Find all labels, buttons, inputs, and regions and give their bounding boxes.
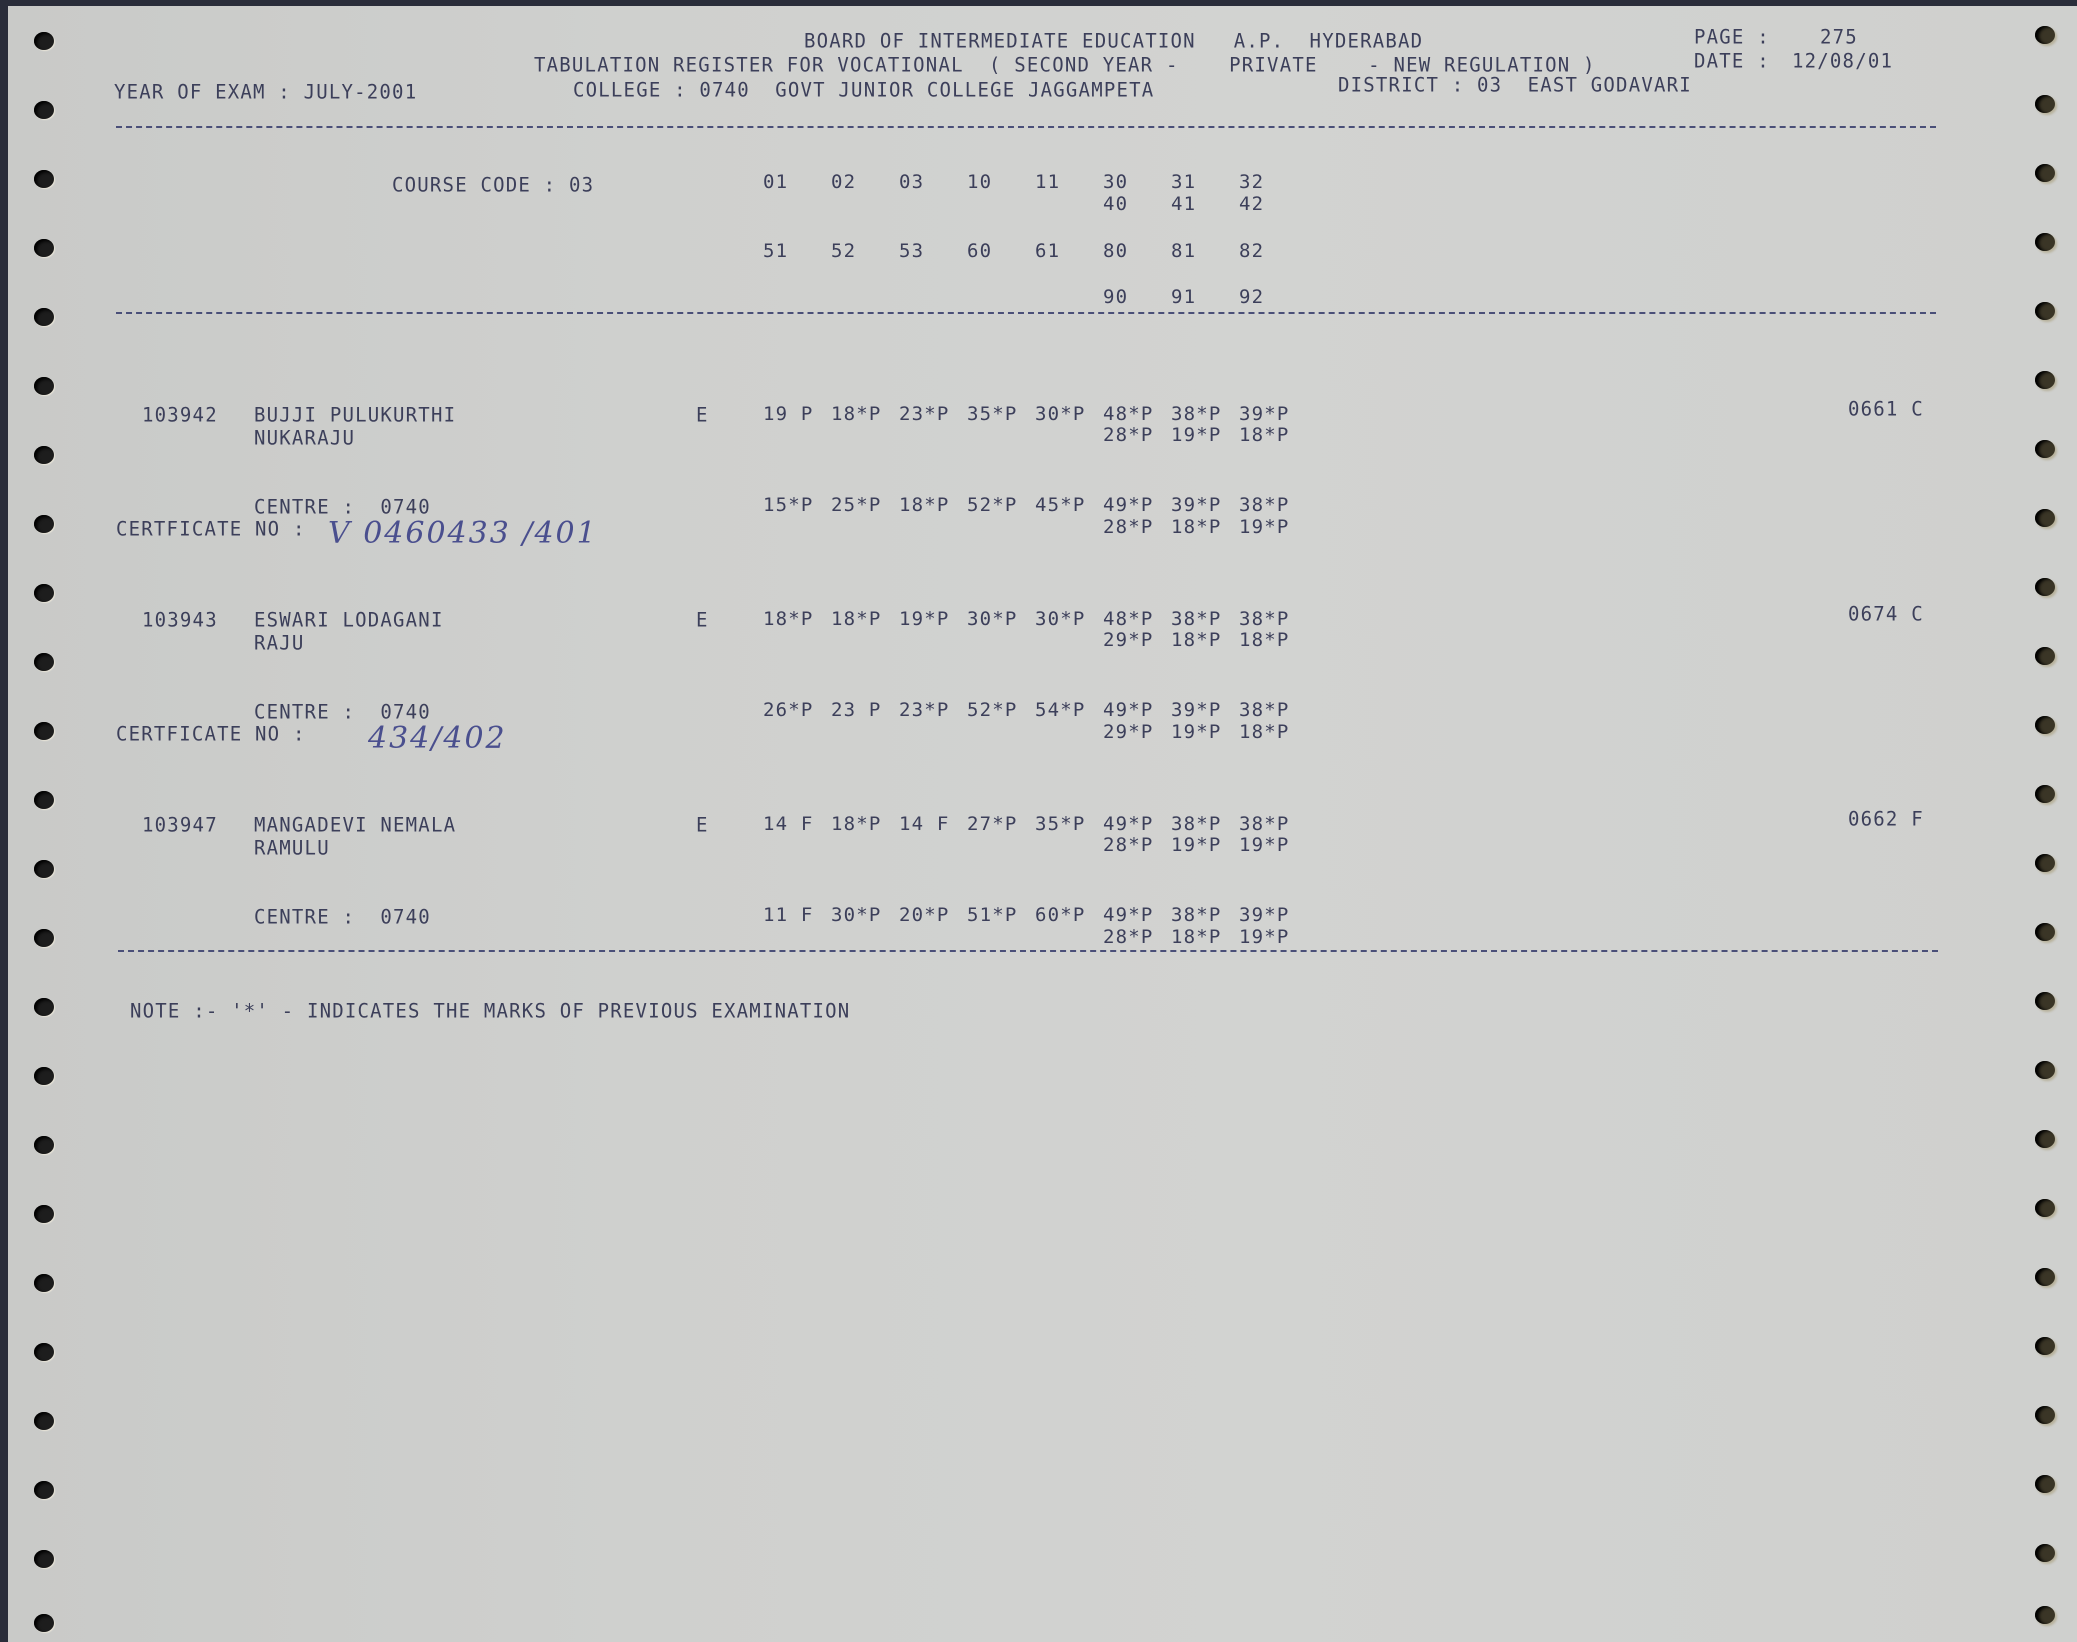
feed-hole-icon (2035, 1544, 2055, 1562)
feed-hole-icon (34, 170, 54, 188)
marks-row-1b: 29*P18*P18*P (1103, 629, 1307, 651)
mark: 48*P (1103, 608, 1171, 630)
mark: 29*P (1103, 721, 1171, 743)
mark: 51*P (967, 904, 1035, 926)
mark: 45*P (1035, 494, 1103, 516)
subject-code: 32 (1239, 171, 1307, 193)
feed-hole-icon (34, 32, 54, 50)
feed-hole-icon (34, 1343, 54, 1361)
total-result: 0674 C (1848, 602, 1924, 625)
feed-hole-icon (34, 1614, 54, 1632)
feed-hole-icon (34, 377, 54, 395)
feed-hole-icon (34, 239, 54, 257)
mark: 38*P (1171, 403, 1239, 425)
feed-hole-icon (34, 584, 54, 602)
medium: E (696, 403, 709, 426)
mark: 19*P (1239, 926, 1307, 948)
parent-name: RAMULU (254, 836, 330, 859)
feed-hole-icon (34, 1274, 54, 1292)
feed-hole-icon (2035, 164, 2055, 182)
feed-hole-icon (34, 101, 54, 119)
mark: 49*P (1103, 904, 1171, 926)
student-name: BUJJI PULUKURTHI (254, 403, 456, 426)
student-name: MANGADEVI NEMALA (254, 813, 456, 836)
college-info: COLLEGE : 0740 GOVT JUNIOR COLLEGE JAGGA… (573, 78, 1154, 101)
certificate-handwritten: 434/402 (368, 721, 507, 756)
feed-hole-icon (2035, 716, 2055, 734)
feed-hole-icon (2035, 302, 2055, 320)
medium: E (696, 813, 709, 836)
subject-code: 10 (967, 171, 1035, 193)
mark: 28*P (1103, 424, 1171, 446)
feed-hole-icon (34, 860, 54, 878)
mark: 38*P (1239, 608, 1307, 630)
feed-hole-icon (34, 1205, 54, 1223)
report-date: 12/08/01 (1792, 49, 1893, 72)
mark: 49*P (1103, 494, 1171, 516)
mark: 19*P (1171, 834, 1239, 856)
feed-hole-icon (2035, 1130, 2055, 1148)
mark: 38*P (1239, 494, 1307, 516)
mark: 38*P (1171, 904, 1239, 926)
subject-code: 51 (763, 240, 831, 262)
marks-row-2: 11 F30*P20*P51*P60*P49*P38*P39*P (763, 904, 1307, 926)
feed-hole-icon (34, 998, 54, 1016)
mark: 26*P (763, 699, 831, 721)
mark: 49*P (1103, 699, 1171, 721)
feed-hole-icon (2035, 440, 2055, 458)
mark: 18*P (831, 608, 899, 630)
mark: 18*P (831, 813, 899, 835)
feed-hole-icon (2035, 923, 2055, 941)
mark: 20*P (899, 904, 967, 926)
feed-hole-icon (2035, 854, 2055, 872)
mark: 38*P (1171, 608, 1239, 630)
marks-row-1b: 28*P19*P18*P (1103, 424, 1307, 446)
feed-hole-icon (2035, 992, 2055, 1010)
course-code-label: COURSE CODE : 03 (392, 173, 594, 196)
mark: 30*P (1035, 608, 1103, 630)
mark: 19 P (763, 403, 831, 425)
mark: 19*P (1239, 516, 1307, 538)
subject-code: 61 (1035, 240, 1103, 262)
mark: 28*P (1103, 926, 1171, 948)
mark: 35*P (967, 403, 1035, 425)
feed-hole-icon (2035, 647, 2055, 665)
feed-hole-icon (34, 722, 54, 740)
mark: 19*P (1171, 721, 1239, 743)
marks-row-2b: 29*P19*P18*P (1103, 721, 1307, 743)
feed-hole-icon (2035, 1606, 2055, 1624)
mark: 11 F (763, 904, 831, 926)
mark: 25*P (831, 494, 899, 516)
feed-hole-icon (2035, 1061, 2055, 1079)
mark: 18*P (899, 494, 967, 516)
subject-code: 92 (1239, 286, 1307, 308)
mark: 35*P (1035, 813, 1103, 835)
mark: 14 F (899, 813, 967, 835)
marks-row-2b: 28*P18*P19*P (1103, 516, 1307, 538)
mark: 30*P (831, 904, 899, 926)
feed-hole-icon (34, 1136, 54, 1154)
feed-hole-icon (34, 1550, 54, 1568)
subject-code: 31 (1171, 171, 1239, 193)
mark: 39*P (1239, 403, 1307, 425)
parent-name: NUKARAJU (254, 426, 355, 449)
mark: 54*P (1035, 699, 1103, 721)
marks-row-1: 19 P18*P23*P35*P30*P48*P38*P39*P (763, 403, 1307, 425)
marks-row-2: 26*P23 P23*P52*P54*P49*P39*P38*P (763, 699, 1307, 721)
certificate-label: CERTFICATE NO : (116, 517, 306, 540)
marks-row-2: 15*P25*P18*P52*P45*P49*P39*P38*P (763, 494, 1307, 516)
subject-codes-row-1: 0102031011303132 (763, 171, 1307, 193)
feed-hole-icon (2035, 26, 2055, 44)
feed-hole-icon (34, 1481, 54, 1499)
mark: 52*P (967, 699, 1035, 721)
mark: 28*P (1103, 516, 1171, 538)
medium: E (696, 608, 709, 631)
mark: 23*P (899, 699, 967, 721)
mark: 18*P (763, 608, 831, 630)
mark: 30*P (1035, 403, 1103, 425)
feed-hole-icon (2035, 1475, 2055, 1493)
mark: 49*P (1103, 813, 1171, 835)
subject-codes-row-3: 909192 (1103, 286, 1307, 308)
certificate-handwritten: V 0460433 /401 (328, 516, 598, 551)
subject-code: 52 (831, 240, 899, 262)
subject-code: 82 (1239, 240, 1307, 262)
feed-hole-icon (34, 653, 54, 671)
parent-name: RAJU (254, 631, 305, 654)
centre: CENTRE : 0740 (254, 905, 431, 928)
year-of-exam: YEAR OF EXAM : JULY-2001 (114, 80, 417, 103)
subject-code: 41 (1171, 193, 1239, 215)
mark: 23*P (899, 403, 967, 425)
feed-hole-icon (2035, 1406, 2055, 1424)
mark: 18*P (831, 403, 899, 425)
mark: 18*P (1171, 629, 1239, 651)
feed-hole-icon (2035, 233, 2055, 251)
mark: 39*P (1171, 699, 1239, 721)
mark: 19*P (899, 608, 967, 630)
subject-code: 90 (1103, 286, 1171, 308)
student-name: ESWARI LODAGANI (254, 608, 444, 631)
mark: 18*P (1239, 629, 1307, 651)
divider (118, 950, 1938, 952)
feed-hole-icon (34, 308, 54, 326)
feed-hole-icon (34, 791, 54, 809)
roll-number: 103943 (142, 608, 218, 631)
mark: 38*P (1239, 813, 1307, 835)
footnote: NOTE :- '*' - INDICATES THE MARKS OF PRE… (130, 999, 850, 1022)
subject-code: 60 (967, 240, 1035, 262)
roll-number: 103947 (142, 813, 218, 836)
feed-hole-icon (34, 446, 54, 464)
feed-hole-icon (2035, 371, 2055, 389)
subject-codes-row-1b: 404142 (1103, 193, 1307, 215)
tabulation-register-sheet: BOARD OF INTERMEDIATE EDUCATION A.P. HYD… (8, 6, 2077, 1642)
board-title: BOARD OF INTERMEDIATE EDUCATION A.P. HYD… (804, 29, 1423, 52)
mark: 60*P (1035, 904, 1103, 926)
mark: 28*P (1103, 834, 1171, 856)
mark: 18*P (1239, 424, 1307, 446)
feed-hole-icon (2035, 509, 2055, 527)
feed-hole-icon (34, 515, 54, 533)
mark: 30*P (967, 608, 1035, 630)
feed-hole-icon (34, 929, 54, 947)
marks-row-2b: 28*P18*P19*P (1103, 926, 1307, 948)
subject-code: 80 (1103, 240, 1171, 262)
subject-code: 81 (1171, 240, 1239, 262)
subject-code: 91 (1171, 286, 1239, 308)
page-label: PAGE : (1694, 25, 1770, 48)
feed-hole-icon (2035, 1199, 2055, 1217)
mark: 39*P (1239, 904, 1307, 926)
feed-hole-icon (2035, 1268, 2055, 1286)
feed-hole-icon (2035, 578, 2055, 596)
total-result: 0662 F (1848, 807, 1924, 830)
mark: 18*P (1171, 926, 1239, 948)
divider (116, 312, 1936, 314)
subject-code: 11 (1035, 171, 1103, 193)
subject-code: 30 (1103, 171, 1171, 193)
mark: 19*P (1239, 834, 1307, 856)
divider (116, 126, 1936, 128)
marks-row-1b: 28*P19*P19*P (1103, 834, 1307, 856)
total-result: 0661 C (1848, 397, 1924, 420)
mark: 48*P (1103, 403, 1171, 425)
feed-hole-icon (2035, 95, 2055, 113)
subject-code: 40 (1103, 193, 1171, 215)
roll-number: 103942 (142, 403, 218, 426)
mark: 38*P (1171, 813, 1239, 835)
mark: 15*P (763, 494, 831, 516)
subject-code: 03 (899, 171, 967, 193)
feed-hole-icon (2035, 785, 2055, 803)
feed-hole-icon (34, 1067, 54, 1085)
marks-row-1: 14 F18*P14 F27*P35*P49*P38*P38*P (763, 813, 1307, 835)
mark: 29*P (1103, 629, 1171, 651)
subject-code: 02 (831, 171, 899, 193)
mark: 38*P (1239, 699, 1307, 721)
mark: 23 P (831, 699, 899, 721)
mark: 27*P (967, 813, 1035, 835)
date-label: DATE : (1694, 49, 1770, 72)
subject-code: 42 (1239, 193, 1307, 215)
feed-hole-icon (34, 1412, 54, 1430)
mark: 52*P (967, 494, 1035, 516)
mark: 39*P (1171, 494, 1239, 516)
mark: 18*P (1171, 516, 1239, 538)
page-number: 275 (1820, 25, 1858, 48)
feed-hole-icon (2035, 1337, 2055, 1355)
mark: 14 F (763, 813, 831, 835)
subject-code: 53 (899, 240, 967, 262)
certificate-label: CERTFICATE NO : (116, 722, 306, 745)
mark: 18*P (1239, 721, 1307, 743)
subject-codes-row-2: 5152536061808182 (763, 240, 1307, 262)
subject-code: 01 (763, 171, 831, 193)
district-info: DISTRICT : 03 EAST GODAVARI (1338, 73, 1692, 96)
mark: 19*P (1171, 424, 1239, 446)
marks-row-1: 18*P18*P19*P30*P30*P48*P38*P38*P (763, 608, 1307, 630)
